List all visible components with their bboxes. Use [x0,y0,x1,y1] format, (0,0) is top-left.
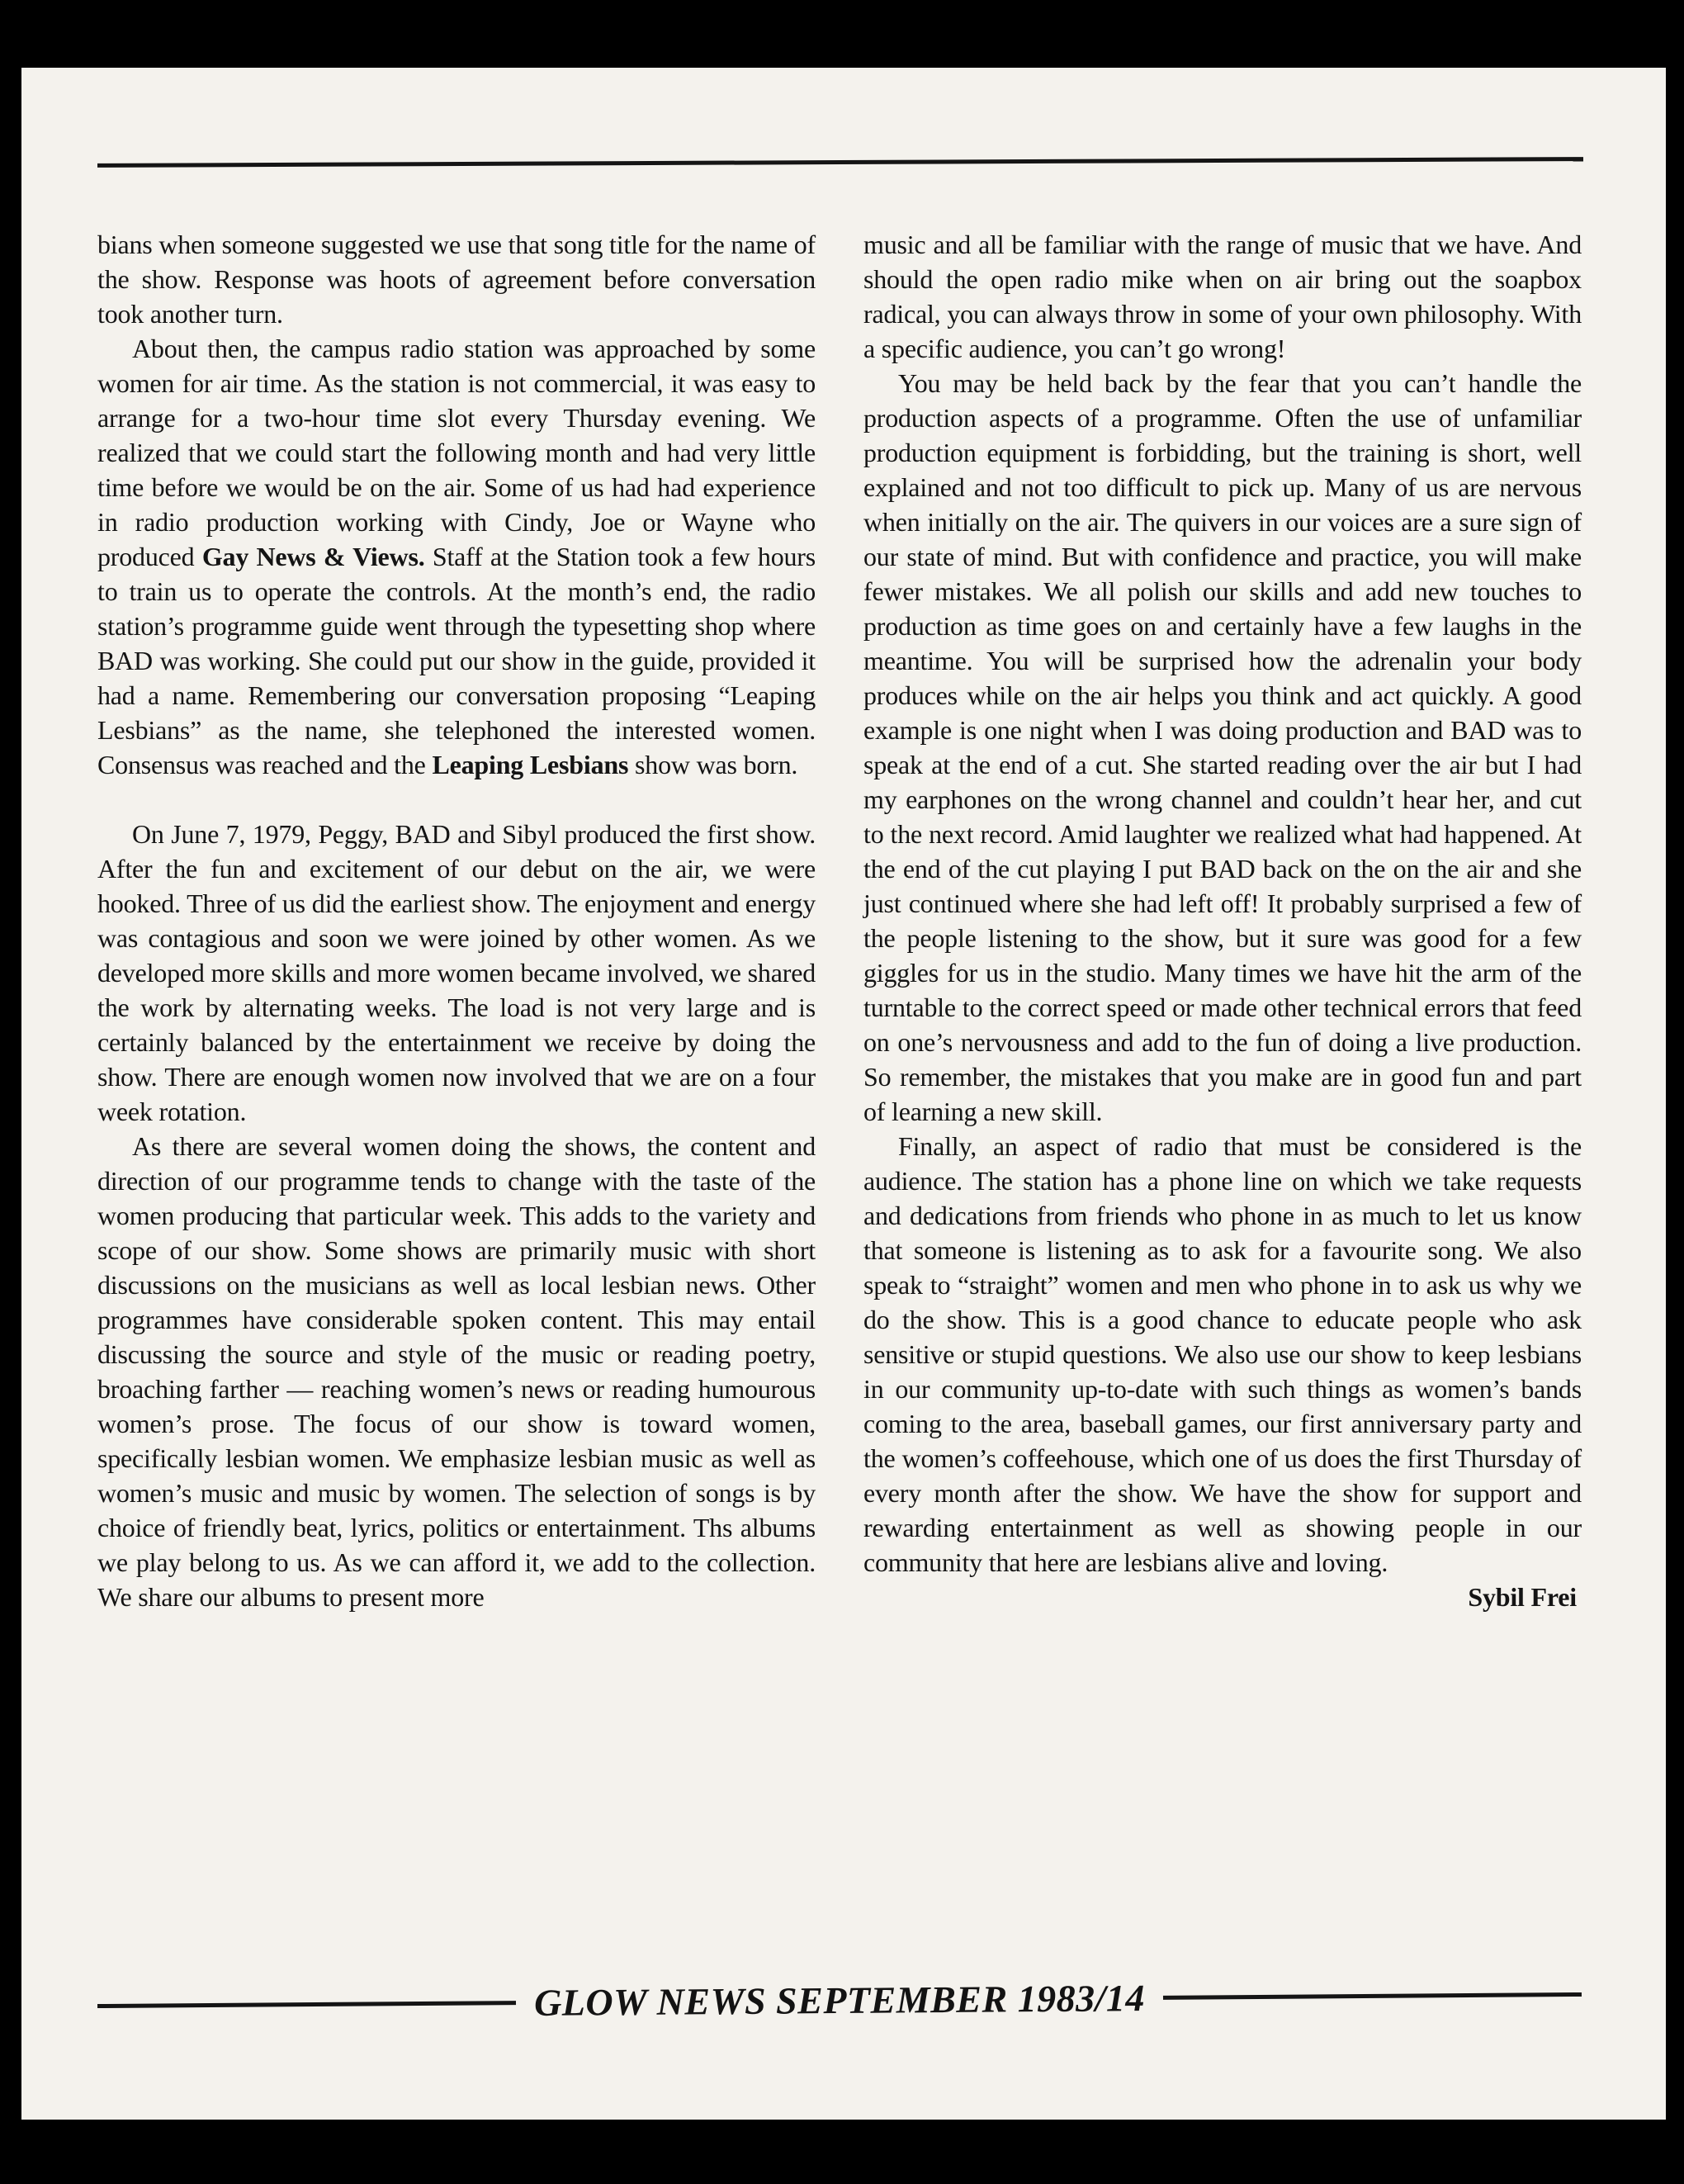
paper-page: bians when someone suggested we use that… [21,68,1666,2120]
paragraph-first-show: On June 7, 1979, Peggy, BAD and Sibyl pr… [97,817,816,1129]
article-body: bians when someone suggested we use that… [97,227,1582,1614]
paragraph-continuation: bians when someone suggested we use that… [97,227,816,331]
footer-rule-left [97,2001,516,2008]
footer: GLOW NEWS SEPTEMBER 1983/14 [97,1973,1582,2028]
paragraph-audience: Finally, an aspect of radio that must be… [863,1129,1582,1580]
author-signature: Sybil Frei [863,1580,1582,1614]
paragraph-text: About then, the campus radio station was… [97,334,816,571]
left-column: bians when someone suggested we use that… [97,227,816,1614]
show-title-leaping-lesbians: Leaping Lesbians [432,750,628,779]
paragraph-radio-station: About then, the campus radio station was… [97,331,816,782]
paragraph-programme-content: As there are several women doing the sho… [97,1129,816,1614]
paragraph-text: Staff at the Station took a few hours to… [97,542,816,779]
header-rule [97,157,1583,168]
right-column: music and all be familiar with the range… [863,227,1582,1614]
footer-rule-right [1163,1992,1582,2000]
scanned-magazine-page: { "page": { "paper_color": "#f4f2ed", "i… [0,0,1684,2184]
paragraph-production: You may be held back by the fear that yo… [863,366,1582,1129]
footer-publication-line: GLOW NEWS SEPTEMBER 1983/14 [534,1976,1145,2025]
show-title-gay-news-views: Gay News & Views. [202,542,425,571]
paragraph-continuation: music and all be familiar with the range… [863,227,1582,366]
paragraph-text: show was born. [628,750,797,779]
